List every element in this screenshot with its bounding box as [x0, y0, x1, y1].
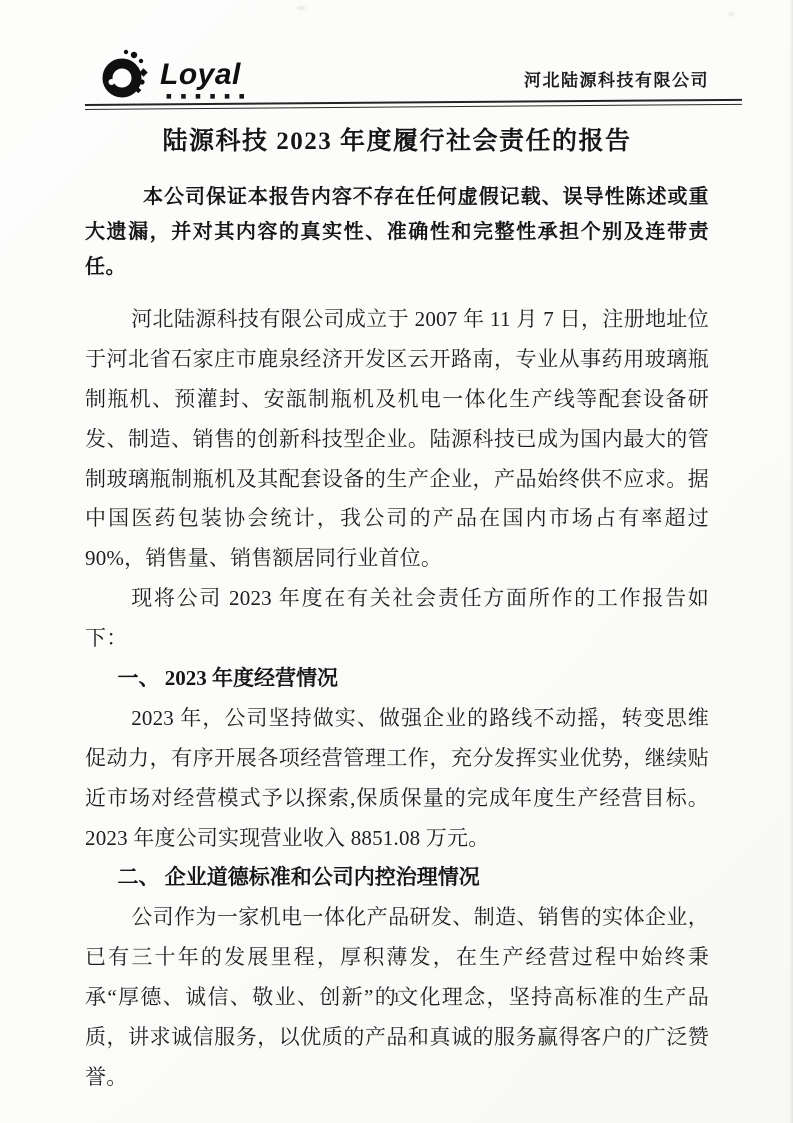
company-logo: Loyal ■ ■ ■ ■ ■ ■ — [96, 44, 248, 102]
section-heading-1: 一、 2023 年度经营情况 — [85, 659, 709, 699]
logo-mark-icon — [96, 44, 158, 102]
logo-wordmark: Loyal — [160, 60, 248, 90]
scan-artifact — [296, 6, 306, 10]
paragraph-operations: 2023 年，公司坚持做实、做强企业的路线不动摇，转变思维促动力，有序开展各项经… — [85, 699, 709, 859]
header-company-name: 河北陆源科技有限公司 — [524, 66, 709, 91]
disclaimer-statement: 本公司保证本报告内容不存在任何虚假记载、误导性陈述或重大遗漏，并对其内容的真实性… — [85, 180, 709, 285]
report-title: 陆源科技 2023 年度履行社会责任的报告 — [85, 121, 709, 157]
paragraph-report-lead: 现将公司 2023 年度在有关社会责任方面所作的工作报告如下： — [85, 579, 709, 659]
report-body: 陆源科技 2023 年度履行社会责任的报告 本公司保证本报告内容不存在任何虚假记… — [85, 121, 709, 1098]
section-heading-2: 二、 企业道德标准和公司内控治理情况 — [85, 858, 709, 898]
scan-edge-shade — [789, 0, 793, 1123]
logo-text-block: Loyal ■ ■ ■ ■ ■ ■ — [160, 60, 248, 100]
scan-artifact — [728, 12, 734, 16]
logo-tagline: ■ ■ ■ ■ ■ ■ — [166, 93, 248, 100]
paragraph-company-intro: 河北陆源科技有限公司成立于 2007 年 11 月 7 日，注册地址位于河北省石… — [85, 300, 709, 579]
page-number: 1 — [0, 990, 793, 1007]
document-page: Loyal ■ ■ ■ ■ ■ ■ 河北陆源科技有限公司 陆源科技 2023 年… — [0, 0, 793, 1123]
